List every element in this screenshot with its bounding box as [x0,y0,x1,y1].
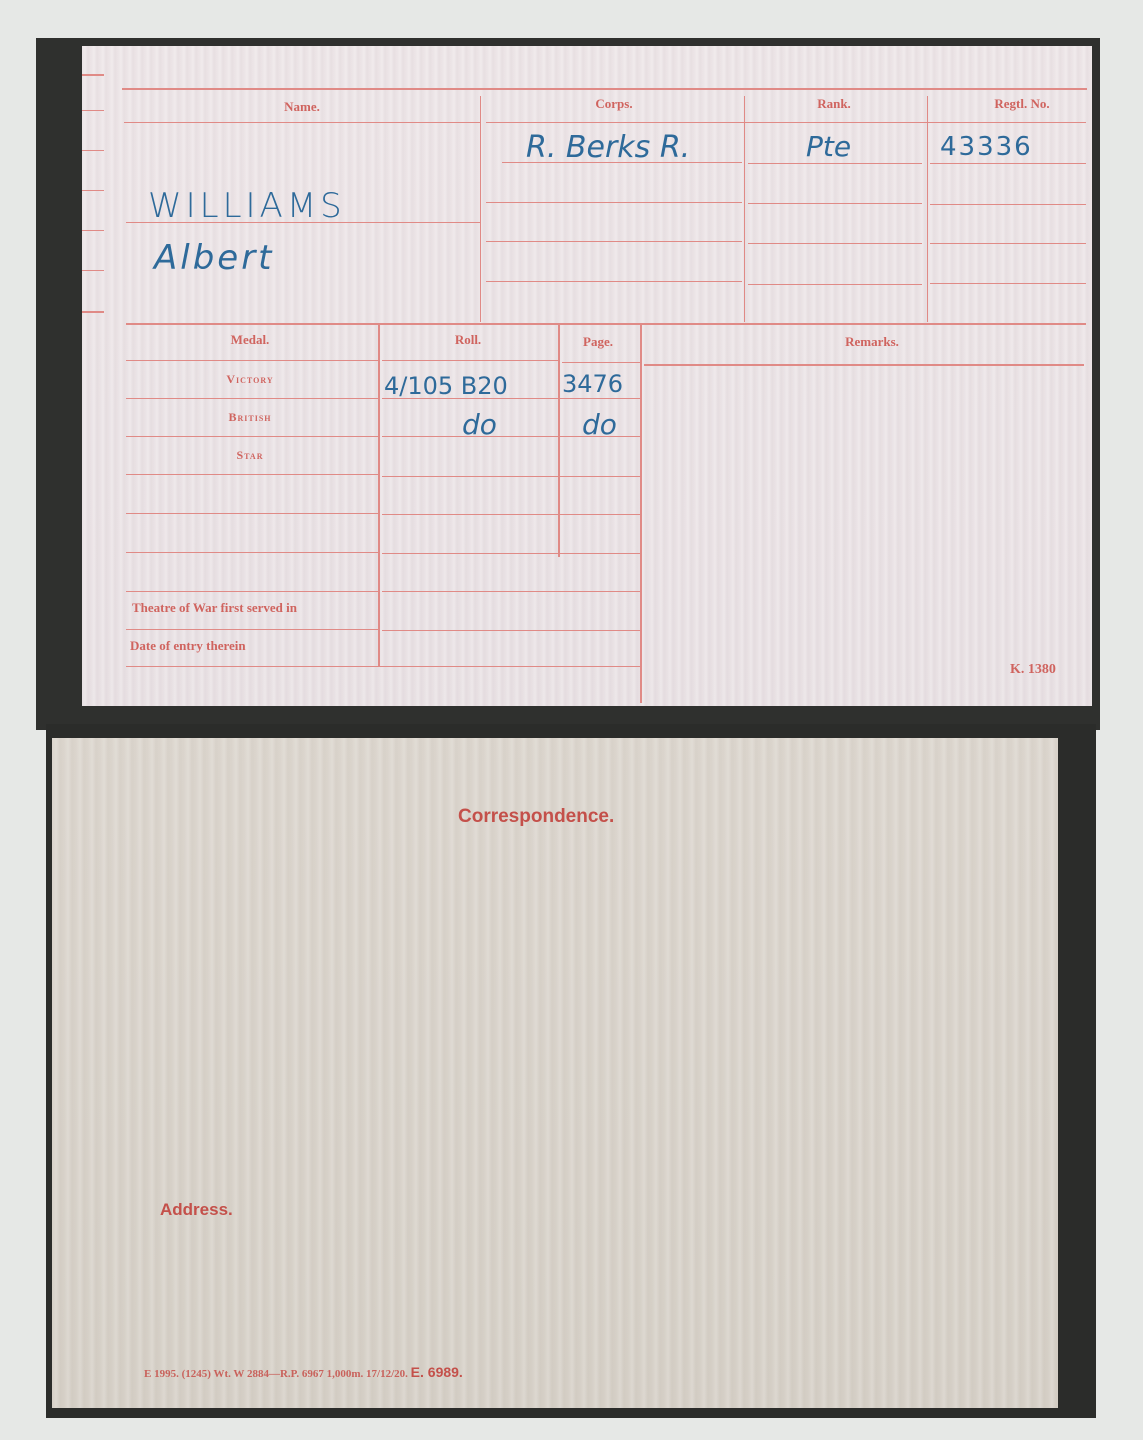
rule-section [126,323,1086,325]
medal-index-card-front: Name. Corps. Rank. Regtl. No. WILLIAMS A… [82,46,1092,706]
corps-entry: R. Berks R. [526,130,690,165]
roll-entry-victory: 4/105 B20 [384,372,508,400]
medal-row-victory: Victory [226,372,273,387]
rule [126,474,378,475]
medal-index-card-back: Correspondence. Address. E 1995. (1245) … [52,738,1058,1408]
rank-header: Rank. [817,96,851,112]
col-divider [480,96,481,322]
rule [382,553,640,554]
margin-tick [82,190,104,191]
page-entry-victory: 3476 [562,370,623,398]
corps-header: Corps. [595,96,632,112]
col-divider-medal [378,323,380,667]
rule [930,163,1086,164]
rule [126,552,378,553]
col-divider [744,96,745,322]
rule [930,204,1086,205]
rank-entry: Pte [806,130,851,163]
rule [486,241,742,242]
rule [382,476,640,477]
rule [126,398,378,399]
name-header: Name. [284,99,320,115]
rule [126,436,378,437]
date-of-entry-label: Date of entry therein [130,638,246,654]
imprint-text: E 1995. (1245) Wt. W 2884—R.P. 6967 1,00… [144,1368,408,1380]
rule-remarks [644,364,1084,366]
rule [748,163,922,164]
margin-tick [82,150,104,151]
medal-row-star: Star [237,448,264,463]
rule [486,202,742,203]
rule [486,281,742,282]
printer-imprint: E 1995. (1245) Wt. W 2884—R.P. 6967 1,00… [144,1364,463,1380]
correspondence-heading: Correspondence. [458,806,614,828]
page-entry-british: do [582,408,617,441]
rule [930,283,1086,284]
form-code-front: K. 1380 [1010,662,1056,678]
margin-tick [82,230,104,231]
rule [562,362,640,363]
remarks-header: Remarks. [845,334,899,350]
col-divider [927,96,928,322]
rule [126,513,378,514]
rule [126,629,378,630]
col-divider-page [640,323,642,703]
rule [124,122,480,123]
rule [930,243,1086,244]
theatre-of-war-label: Theatre of War first served in [132,600,297,616]
margin-tick [82,270,104,271]
forename-entry: Albert [154,238,275,278]
rule [382,514,640,515]
address-label: Address. [160,1200,233,1220]
margin-tick [82,74,104,76]
margin-tick [82,110,104,111]
rule [126,360,378,361]
rule [486,122,1086,123]
rule-top [122,88,1087,90]
surname-entry: WILLIAMS [148,186,346,226]
page-header: Page. [583,334,613,350]
margin-tick [82,311,104,313]
form-code-back: E. 6989. [411,1364,463,1380]
rule [382,591,640,592]
rule [748,284,922,285]
rule [748,203,922,204]
roll-header: Roll. [455,332,481,348]
medal-header: Medal. [231,332,270,348]
rule [382,630,640,631]
rule [126,666,640,667]
rule [126,591,378,592]
medal-row-british: British [228,410,271,425]
regtl-no-header: Regtl. No. [994,96,1049,112]
col-divider-roll [558,323,560,557]
rule [748,243,922,244]
roll-entry-british: do [462,408,497,441]
rule [382,360,558,361]
regtl-no-entry: 43336 [940,132,1033,162]
